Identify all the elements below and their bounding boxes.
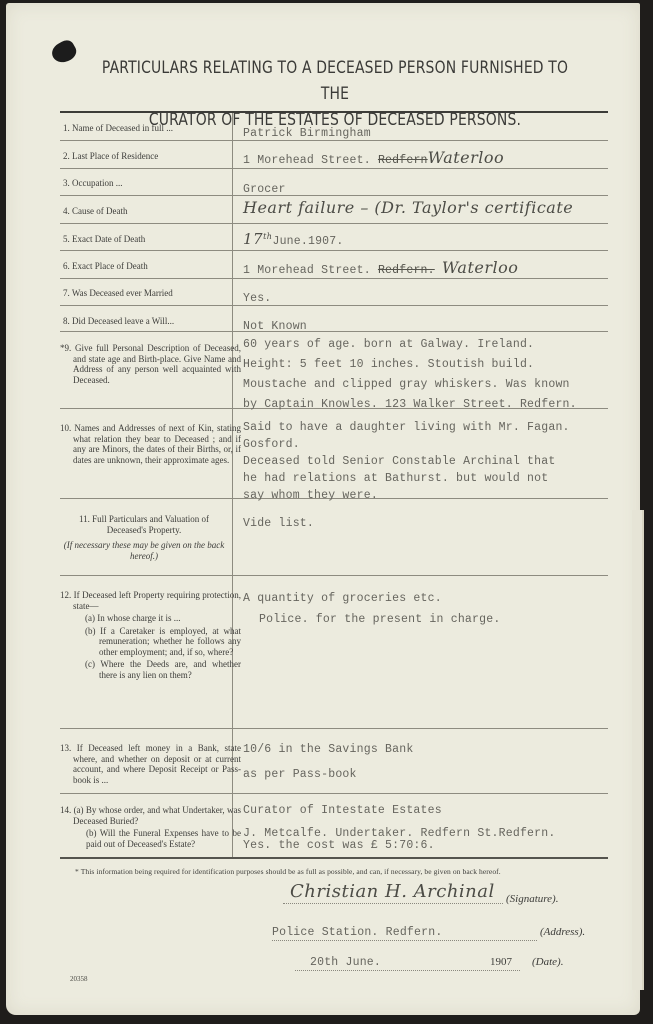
handwritten-annotation: Waterloo: [442, 258, 519, 277]
date-year: 1907: [490, 956, 512, 968]
signature: Christian H. Archinal: [290, 881, 495, 902]
field-row-date-of-death: 5. Exact Date of Death 17thJune.1907.: [60, 224, 608, 251]
field-label: *9. Give full Personal Description of De…: [60, 343, 241, 385]
signature-label: (Signature).: [506, 893, 558, 905]
address-label: (Address).: [540, 926, 585, 938]
field-value-bank-2: as per Pass-book: [243, 768, 357, 781]
field-label: 8. Did Deceased leave a Will...: [63, 316, 231, 327]
field-value-date-of-death: 17thJune.1907.: [243, 230, 343, 248]
form-number: 20358: [70, 975, 88, 983]
field-label: 1. Name of Deceased in full ...: [63, 123, 231, 134]
footnote: * This information being required for id…: [75, 867, 615, 876]
struck-text: Redfern: [378, 154, 428, 167]
field-label: 4. Cause of Death: [63, 206, 231, 217]
field-row-cause: 4. Cause of Death Heart failure – (Dr. T…: [60, 196, 608, 224]
address-value: Police Station. Redfern.: [272, 926, 442, 939]
title-line-1: PARTICULARS RELATING TO A DECEASED PERSO…: [93, 55, 577, 107]
field-row-will: 8. Did Deceased leave a Will... Not Know…: [60, 306, 608, 332]
field-row-next-of-kin: 10. Names and Addresses of next of Kin, …: [60, 409, 608, 499]
field-label: 2. Last Place of Residence: [63, 151, 231, 162]
field-value-married: Yes.: [243, 292, 271, 305]
field-label: 5. Exact Date of Death: [63, 234, 231, 245]
signature-line: [283, 903, 503, 904]
field-label: 14. (a) By whose order, and what Underta…: [60, 805, 241, 849]
field-row-residence: 2. Last Place of Residence 1 Morehead St…: [60, 141, 608, 169]
field-value-place-of-death: 1 Morehead Street. Redfern. Waterloo: [243, 258, 518, 277]
field-value-burial-1: Curator of Intestate Estates: [243, 804, 442, 817]
field-row-protection: 12. If Deceased left Property requiring …: [60, 576, 608, 729]
field-value-next-of-kin: Said to have a daughter living with Mr. …: [243, 419, 570, 504]
field-label: 6. Exact Place of Death: [63, 261, 231, 272]
field-value-property: Vide list.: [243, 517, 314, 530]
field-label: 7. Was Deceased ever Married: [63, 288, 231, 299]
field-value-bank-1: 10/6 in the Savings Bank: [243, 743, 413, 756]
field-value-occupation: Grocer: [243, 183, 286, 196]
field-row-property: 11. Full Particulars and Valuation of De…: [60, 499, 608, 576]
field-value-name: Patrick Birmingham: [243, 127, 371, 140]
field-row-occupation: 3. Occupation ... Grocer: [60, 169, 608, 196]
field-value-burial-3: Yes. the cost was £ 5:70:6.: [243, 839, 435, 852]
field-value-cause: Heart failure – (Dr. Taylor's certificat…: [243, 198, 573, 217]
date-value: 20th June.: [310, 956, 381, 969]
field-label: 12. If Deceased left Property requiring …: [60, 590, 241, 680]
struck-text: Redfern.: [378, 264, 435, 277]
field-label: 13. If Deceased left money in a Bank, st…: [60, 743, 241, 785]
field-label: 11. Full Particulars and Valuation of De…: [60, 514, 228, 561]
date-label: (Date).: [532, 956, 563, 968]
field-value-residence: 1 Morehead Street. RedfernWaterloo: [243, 148, 504, 167]
field-row-name: 1. Name of Deceased in full ... Patrick …: [60, 113, 608, 141]
field-label: 3. Occupation ...: [63, 178, 231, 189]
field-row-burial: 14. (a) By whose order, and what Underta…: [60, 794, 608, 859]
paper-edge: [632, 510, 644, 990]
field-row-bank: 13. If Deceased left money in a Bank, st…: [60, 729, 608, 794]
field-row-place-of-death: 6. Exact Place of Death 1 Morehead Stree…: [60, 251, 608, 279]
field-row-married: 7. Was Deceased ever Married Yes.: [60, 279, 608, 306]
handwritten-annotation: Waterloo: [428, 148, 505, 167]
field-label: 10. Names and Addresses of next of Kin, …: [60, 423, 241, 465]
date-line: [295, 970, 520, 971]
field-value-protection-1: A quantity of groceries etc.: [243, 592, 442, 605]
field-value-description: 60 years of age. born at Galway. Ireland…: [243, 335, 577, 415]
address-line: [272, 940, 537, 941]
field-value-protection-2: Police. for the present in charge.: [259, 613, 500, 626]
field-row-description: *9. Give full Personal Description of De…: [60, 332, 608, 409]
